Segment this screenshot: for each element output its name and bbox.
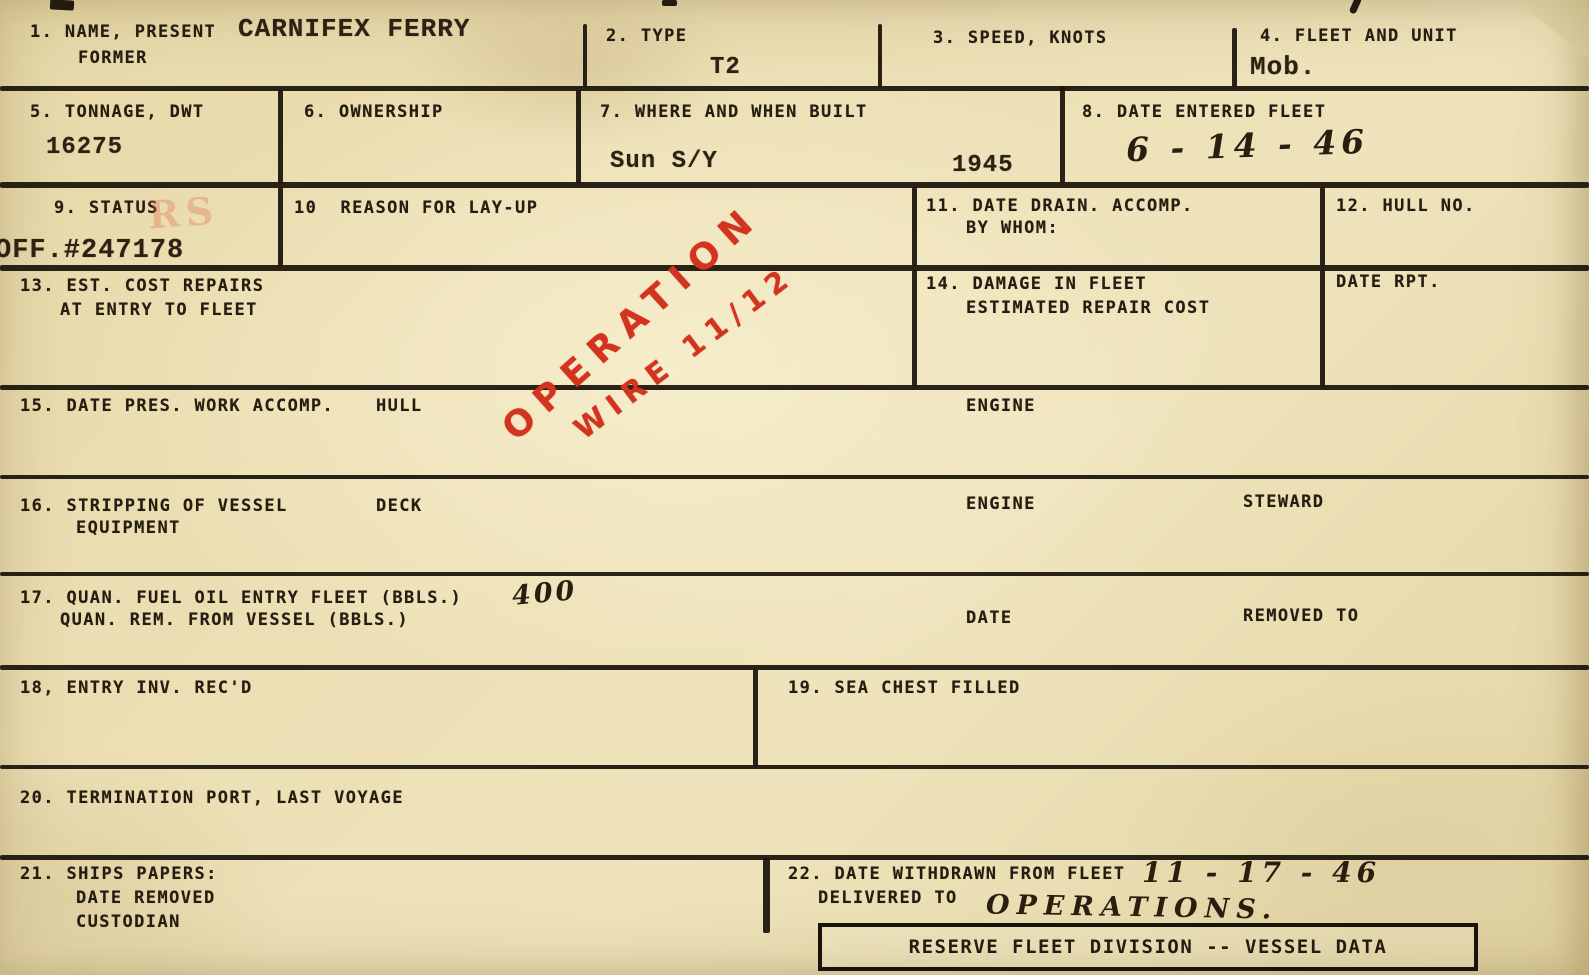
divider	[0, 475, 1589, 479]
divider	[912, 270, 917, 386]
field-2-value: T2	[710, 54, 741, 81]
field-17-label2: QUAN. REM. FROM VESSEL (BBLS.)	[60, 610, 409, 631]
field-22-label: 22. DATE WITHDRAWN FROM FLEET	[788, 864, 1125, 885]
divider	[0, 665, 1589, 670]
divider	[753, 669, 758, 766]
field-7-yard-value: Sun S/Y	[610, 148, 718, 175]
field-17-date-label: DATE	[966, 608, 1013, 629]
field-11-bywhom-label: BY WHOM:	[966, 218, 1059, 239]
field-18-label: 18, ENTRY INV. REC'D	[20, 678, 253, 699]
field-22-date-handwritten: 11 - 17 - 46	[1142, 856, 1381, 889]
field-17-removed-to-label: REMOVED TO	[1243, 606, 1359, 627]
field-15-engine-label: ENGINE	[966, 396, 1036, 417]
divider	[0, 182, 1589, 188]
field-22-delivered-to-label: DELIVERED TO	[818, 888, 958, 909]
field-22-delivered-value-handwritten: OPERATIONS.	[986, 889, 1279, 925]
divider	[0, 572, 1589, 576]
divider	[763, 858, 770, 933]
divider	[1232, 28, 1237, 87]
field-4-value: Mob.	[1250, 52, 1316, 82]
field-4-label: 4. FLEET AND UNIT	[1260, 26, 1458, 47]
field-3-label: 3. SPEED, KNOTS	[933, 28, 1108, 49]
form-title-box: RESERVE FLEET DIVISION -- VESSEL DATA	[818, 923, 1478, 971]
field-17-value-handwritten: 400	[511, 575, 579, 612]
edge-mark	[662, 0, 677, 6]
field-14-label2: ESTIMATED REPAIR COST	[966, 298, 1210, 319]
field-1-label: 1. NAME, PRESENT	[30, 22, 216, 43]
field-19-label: 19. SEA CHEST FILLED	[788, 678, 1021, 699]
field-9-status-stamp: RS	[147, 188, 221, 238]
divider	[576, 90, 581, 183]
field-9-label: 9. STATUS	[54, 198, 159, 219]
field-1-former-label: FORMER	[78, 48, 148, 69]
divider	[583, 24, 587, 87]
field-16-deck-label: DECK	[376, 496, 423, 517]
field-16-label2: EQUIPMENT	[76, 518, 181, 539]
divider	[0, 86, 1589, 91]
field-5-label: 5. TONNAGE, DWT	[30, 102, 205, 123]
field-8-value-handwritten: 6 - 14 - 46	[1125, 122, 1369, 169]
divider	[1320, 187, 1325, 266]
divider	[1060, 86, 1065, 183]
divider	[0, 385, 1589, 390]
field-21-date-removed-label: DATE REMOVED	[76, 888, 216, 909]
field-16-label: 16. STRIPPING OF VESSEL	[20, 496, 288, 517]
field-2-label: 2. TYPE	[606, 26, 687, 47]
field-12-label: 12. HULL NO.	[1336, 196, 1476, 217]
date-rpt-label: DATE RPT.	[1336, 272, 1441, 293]
pen-mark	[1349, 0, 1363, 15]
divider	[278, 187, 283, 266]
field-15-label: 15. DATE PRES. WORK ACCOMP.	[20, 396, 334, 417]
field-13-label2: AT ENTRY TO FLEET	[60, 300, 258, 321]
field-7-year-value: 1945	[952, 152, 1014, 179]
field-20-label: 20. TERMINATION PORT, LAST VOYAGE	[20, 788, 404, 809]
field-7-label: 7. WHERE AND WHEN BUILT	[600, 102, 868, 123]
field-11-label: 11. DATE DRAIN. ACCOMP.	[926, 196, 1194, 217]
vessel-data-card: 1. NAME, PRESENT CARNIFEX FERRY FORMER 2…	[0, 0, 1589, 975]
field-5-value: 16275	[46, 134, 123, 161]
field-14-label: 14. DAMAGE IN FLEET	[926, 274, 1147, 295]
divider	[0, 265, 1589, 271]
divider	[1320, 270, 1325, 386]
field-6-label: 6. OWNERSHIP	[304, 102, 444, 123]
field-9-value: OFF.#247178	[0, 236, 184, 266]
divider	[912, 187, 917, 266]
field-17-label: 17. QUAN. FUEL OIL ENTRY FLEET (BBLS.)	[20, 588, 462, 609]
divider	[278, 90, 283, 183]
field-1-value: CARNIFEX FERRY	[238, 14, 470, 44]
edge-mark	[50, 0, 74, 11]
field-13-label: 13. EST. COST REPAIRS	[20, 276, 264, 297]
divider	[878, 24, 882, 87]
field-21-label: 21. SHIPS PAPERS:	[20, 864, 218, 885]
field-16-steward-label: STEWARD	[1243, 492, 1324, 513]
field-15-hull-label: HULL	[376, 396, 423, 417]
field-8-label: 8. DATE ENTERED FLEET	[1082, 102, 1326, 123]
field-21-custodian-label: CUSTODIAN	[76, 912, 181, 933]
scan-corner-shade	[1515, 0, 1589, 58]
form-title: RESERVE FLEET DIVISION -- VESSEL DATA	[909, 936, 1388, 958]
divider	[0, 765, 1589, 769]
field-16-engine-label: ENGINE	[966, 494, 1036, 515]
field-10-label: 10 REASON FOR LAY-UP	[294, 198, 538, 219]
